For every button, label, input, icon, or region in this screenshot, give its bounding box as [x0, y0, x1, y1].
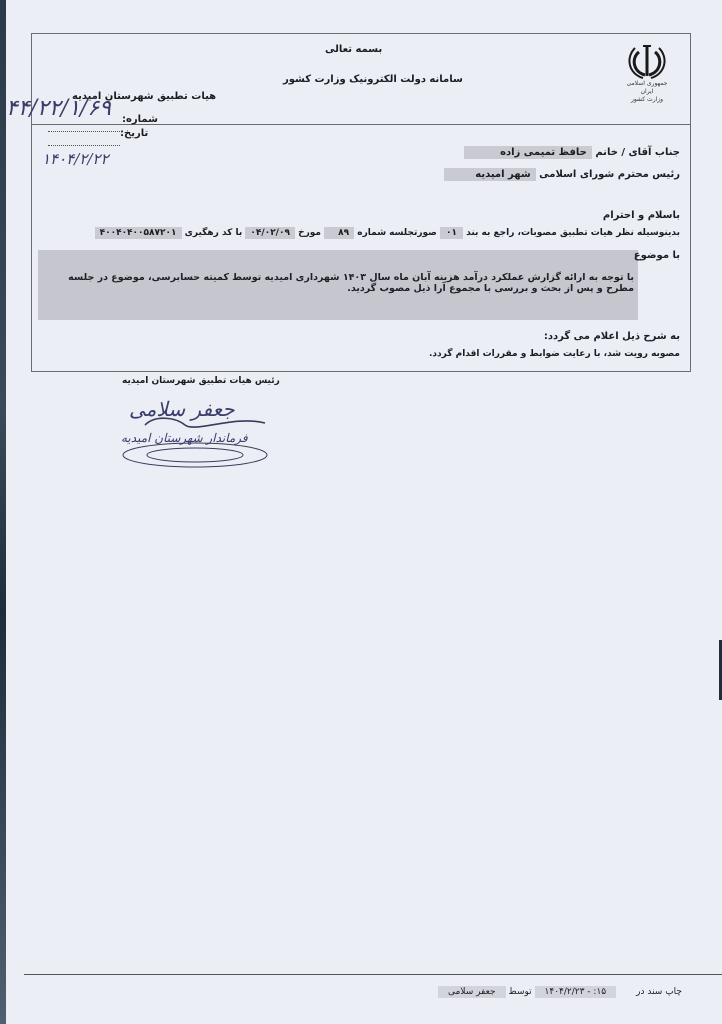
scan-edge-left — [0, 0, 6, 1024]
emblem-caption-2: وزارت کشور — [622, 96, 672, 104]
tracking-code: ۴۰۰۴۰۴۰۰۵۸۷۲۰۱ — [95, 227, 182, 239]
intro-prefix: بدینوسیله نظر هیات تطبیق مصوبات، راجع به… — [466, 228, 680, 238]
recipient-title: رئیس محترم شورای اسلامی — [539, 169, 680, 180]
by-label: توسط — [508, 987, 531, 997]
recipient-line: جناب آقای / خانم حافظ تمیمی زاده — [464, 146, 680, 159]
announce-label: به شرح ذیل اعلام می گردد: — [544, 331, 680, 342]
recipient-name: حافظ تمیمی زاده — [464, 146, 592, 159]
invocation: بسمه تعالی — [325, 44, 382, 55]
emblem-icon — [627, 42, 667, 80]
date-dots — [48, 131, 120, 150]
number-handwritten: ۴۴/۲۲/۱/۶۹ — [6, 96, 111, 121]
print-footer: چاپ سند در ۱۵: - ۱۴۰۴/۲/۲۳ توسط جعفر سلا… — [438, 986, 682, 998]
stamp-text: فرماندار شهرستان امیدیه — [121, 431, 248, 445]
date-label: تاریخ: — [120, 128, 148, 139]
signature-stamp: جعفر سلامی فرماندار شهرستان امیدیه — [115, 395, 285, 475]
minutes-date: ۰۴/۰۲/۰۹ — [245, 227, 295, 239]
tracking-label: با کد رهگیری — [185, 228, 243, 238]
footer-divider — [24, 974, 722, 975]
recipient-title-line: رئیس محترم شورای اسلامی شهر امیدیه — [444, 168, 680, 181]
intro-line: بدینوسیله نظر هیات تطبیق مصوبات، راجع به… — [95, 227, 680, 239]
decision-text: مصوبه رویت شد، با رعایت ضوابط و مقررات ا… — [429, 349, 680, 359]
subject-text: با توجه به ارائه گزارش عملکرد درآمد هزین… — [44, 272, 634, 294]
subject-label: با موضوع — [634, 250, 680, 261]
greeting: باسلام و احترام — [603, 210, 680, 221]
date-handwritten: ۱۴۰۴/۲/۲۲ — [42, 150, 109, 168]
printed-label: چاپ سند در — [636, 987, 682, 997]
recipient-city: شهر امیدیه — [444, 168, 536, 181]
system-title: سامانه دولت الکترونیک وزارت کشور — [283, 74, 463, 85]
dated-label: مورخ — [298, 228, 321, 238]
iran-emblem: جمهوری اسلامی ایران وزارت کشور — [622, 42, 672, 112]
minutes-label: صورتجلسه شماره — [357, 228, 437, 238]
signatory-title: رئیس هیات تطبیق شهرستان امیدیه — [122, 376, 280, 386]
printed-datetime: ۱۵: - ۱۴۰۴/۲/۲۳ — [535, 986, 617, 998]
number-label: شماره: — [122, 114, 158, 125]
signer-handwritten: جعفر سلامی — [129, 397, 235, 421]
clause-number: ۰۱ — [440, 227, 463, 239]
minutes-number: ۸۹ — [324, 227, 354, 239]
subject-box: با توجه به ارائه گزارش عملکرد درآمد هزین… — [38, 250, 638, 320]
salutation-label: جناب آقای / خانم — [595, 147, 680, 158]
printed-by: جعفر سلامی — [438, 986, 506, 998]
emblem-caption-1: جمهوری اسلامی ایران — [622, 80, 672, 96]
